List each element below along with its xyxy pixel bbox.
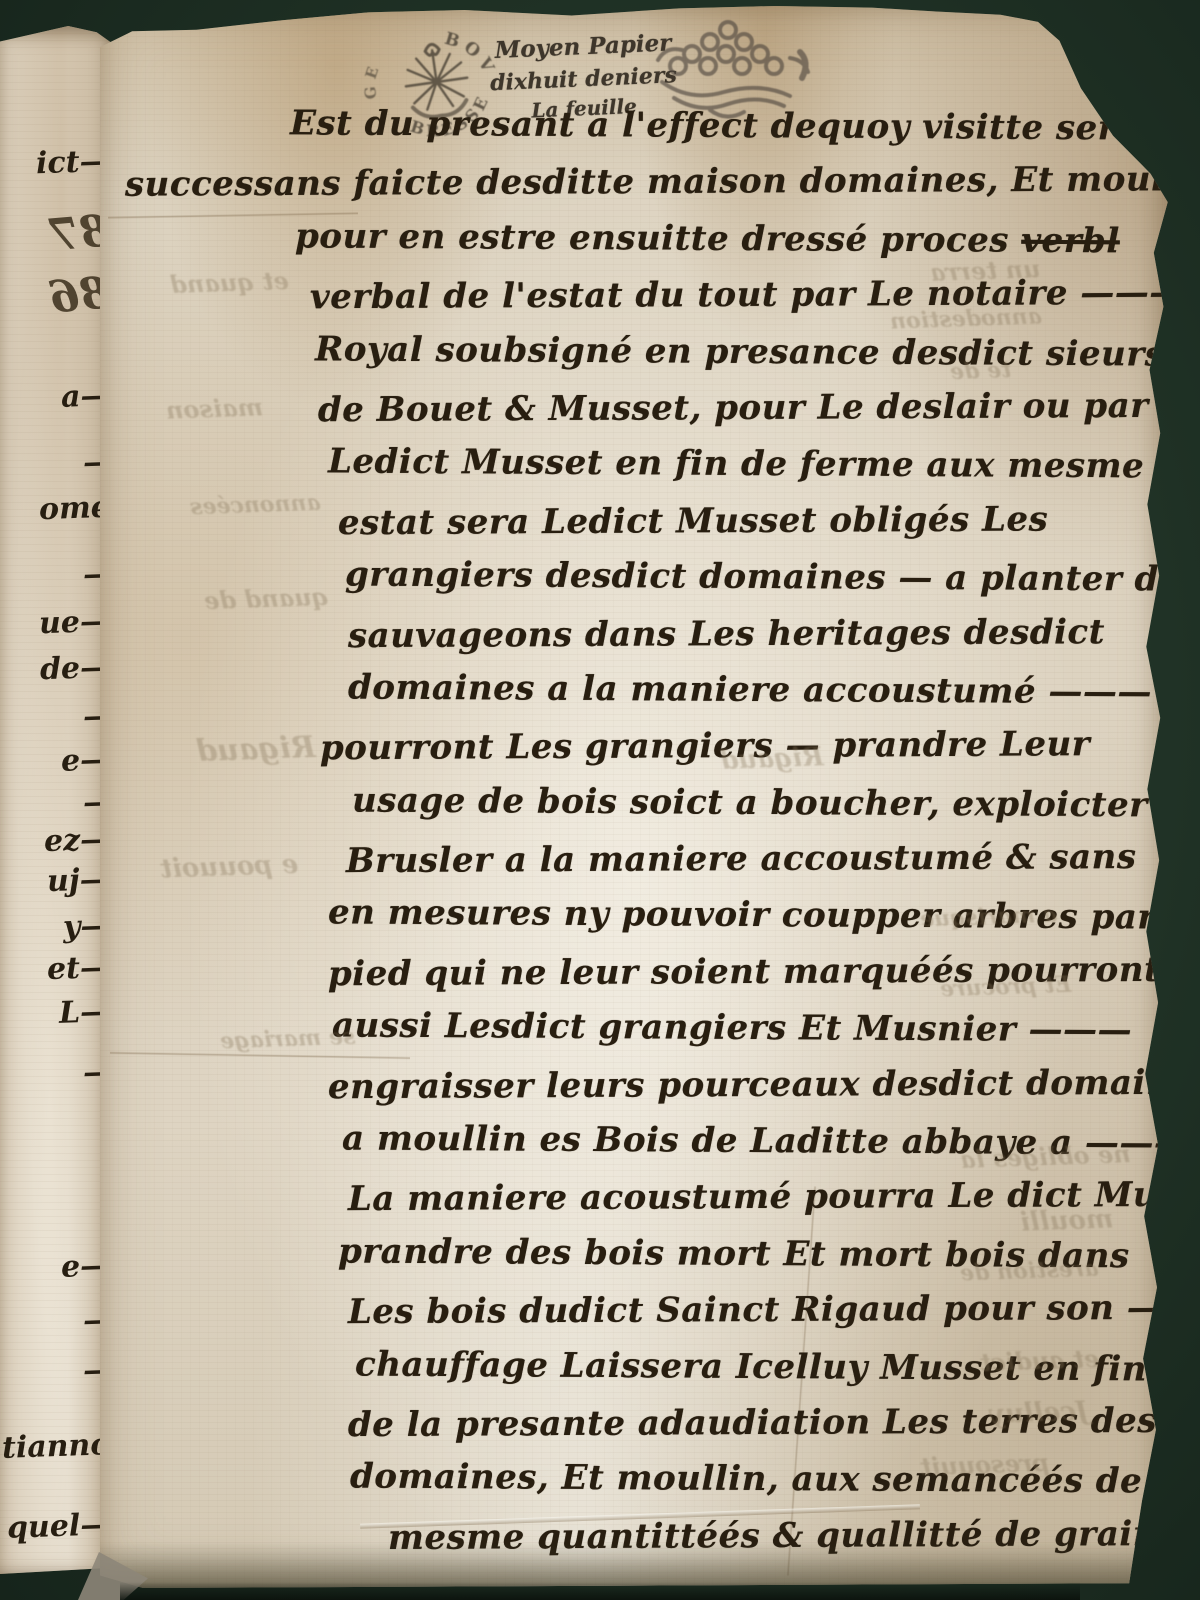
- manuscript-line-text: estat sera Ledict Musset obligés Les: [338, 499, 1048, 543]
- manuscript-line-text: successans faicte desditte maison domain…: [125, 159, 1200, 205]
- manuscript-line-text: de Bouet & Musset, pour Le deslair ou pa…: [318, 386, 1196, 431]
- manuscript-line: Est du presant a l'effect dequoy visitte…: [290, 103, 1172, 165]
- manuscript-line-text: Les bois dudict Sainct Rigaud pour son —: [348, 1288, 1162, 1332]
- manuscript-line: pour en estre ensuitte dressé proces ver…: [295, 216, 1172, 278]
- manuscript-line-text: pourront Les grangiers — prandre Leur: [320, 724, 1090, 768]
- strip-fragment: quel—: [6, 1510, 110, 1544]
- manuscript-line: grangiers desdict domaines — a planter d…: [345, 555, 1172, 616]
- ghost-text: et quand: [170, 266, 290, 299]
- manuscript-line-text: usage de bois soict a boucher, exploicte…: [352, 780, 1200, 825]
- manuscript-line: estat sera Ledict Musset obligés Les: [338, 499, 1172, 560]
- manuscript-line: usage de bois soict a boucher, exploicte…: [352, 780, 1172, 841]
- ghost-text: et audict: [980, 1344, 1100, 1377]
- manuscript-line: successans faicte desditte maison domain…: [125, 160, 1172, 222]
- manuscript-page: BOVRG BRESSE GE Moyen Papier dixhuit den…: [100, 6, 1172, 1588]
- manuscript-line: engraisser leurs pourceaux desdict domai…: [328, 1062, 1172, 1123]
- strip-fragment: ome: [39, 493, 111, 525]
- manuscript-line: Ledict Musset en fin de ferme aux mesme: [328, 442, 1172, 504]
- ghost-text: maison: [166, 392, 264, 424]
- manuscript-line-text: Royal soubsigné en presance desdict sieu…: [315, 329, 1200, 374]
- manuscript-line: domaines a la maniere accoustumé ———: [348, 667, 1172, 728]
- manuscript-line-text: verbal de l'estat du tout par Le notaire…: [310, 273, 1184, 318]
- ghost-text: un terra: [930, 254, 1041, 287]
- manuscript-line: Les bois dudict Sainct Rigaud pour son —: [348, 1288, 1172, 1349]
- table-shadow: [120, 1582, 1080, 1600]
- ghost-text: e pouuoit: [160, 850, 299, 885]
- strip-fragment: de—: [39, 653, 110, 685]
- manuscript-line: Royal soubsigné en presance desdict sieu…: [315, 329, 1172, 391]
- ghost-text: Jcelluy: [990, 1396, 1089, 1429]
- strip-fragment: ue—: [39, 607, 111, 639]
- ghost-text: annoncées: [190, 490, 322, 521]
- manuscript-line: Brusler a la maniere accoustumé & sans: [346, 837, 1172, 898]
- manuscript-line-text: engraisser leurs pourceaux desdict domai…: [328, 1062, 1200, 1107]
- manuscript-line-text: Est du presant a l'effect dequoy visitte…: [290, 103, 1200, 149]
- manuscript-line-text: Ledict Musset en fin de ferme aux mesme: [328, 442, 1144, 487]
- manuscript-line-text: domaines, Et moullin, aux semancéés de —: [350, 1457, 1189, 1502]
- ghost-text: se mariage: [220, 1024, 356, 1055]
- manuscript-line: de Bouet & Musset, pour Le deslair ou pa…: [318, 386, 1172, 447]
- manuscript-line-text: pour en estre ensuitte dressé proces: [295, 216, 1021, 260]
- manuscript-line: aussi Lesdict grangiers Et Musnier ———: [332, 1006, 1172, 1068]
- manuscript-line-text: sauvageons dans Les heritages desdict: [348, 612, 1105, 656]
- strip-fragment: ict—: [36, 147, 111, 180]
- ghost-text: arestion de: [960, 1256, 1099, 1287]
- ghost-text: Et procuré: [940, 972, 1072, 1003]
- ghost-text: moulli: [1020, 1204, 1114, 1237]
- manuscript-line-text: grangiers desdict domaines — a planter d…: [345, 555, 1200, 600]
- manuscript-line: sauvageons dans Les heritages desdict: [348, 611, 1172, 672]
- ghost-text: ne obligés la: [960, 1139, 1132, 1174]
- ghost-text: annodestion: [890, 303, 1043, 334]
- ghost-text: presouuit: [920, 1448, 1050, 1481]
- manuscript-line-text: Brusler a la maniere accoustumé & sans: [346, 837, 1137, 881]
- manuscript-line: verbal de l'estat du tout par Le notaire…: [310, 273, 1172, 334]
- ghost-text: Rigaud: [720, 742, 825, 776]
- ghost-text: Rigaud: [195, 730, 316, 769]
- ghost-text: quand de: [204, 582, 329, 615]
- strip-fragment: tianno: [1, 1430, 110, 1464]
- manuscript-line-text: domaines a la maniere accoustumé ———: [348, 667, 1152, 712]
- photographed-manuscript-scene: ict—8786a——ome—ue—de——e——ez—uj—y—et—L——e…: [0, 0, 1200, 1600]
- ghost-text: te de: [950, 357, 1012, 385]
- manuscript-line-text: aussi Lesdict grangiers Et Musnier ———: [332, 1006, 1132, 1051]
- ghost-text: a marisque: [920, 902, 1058, 933]
